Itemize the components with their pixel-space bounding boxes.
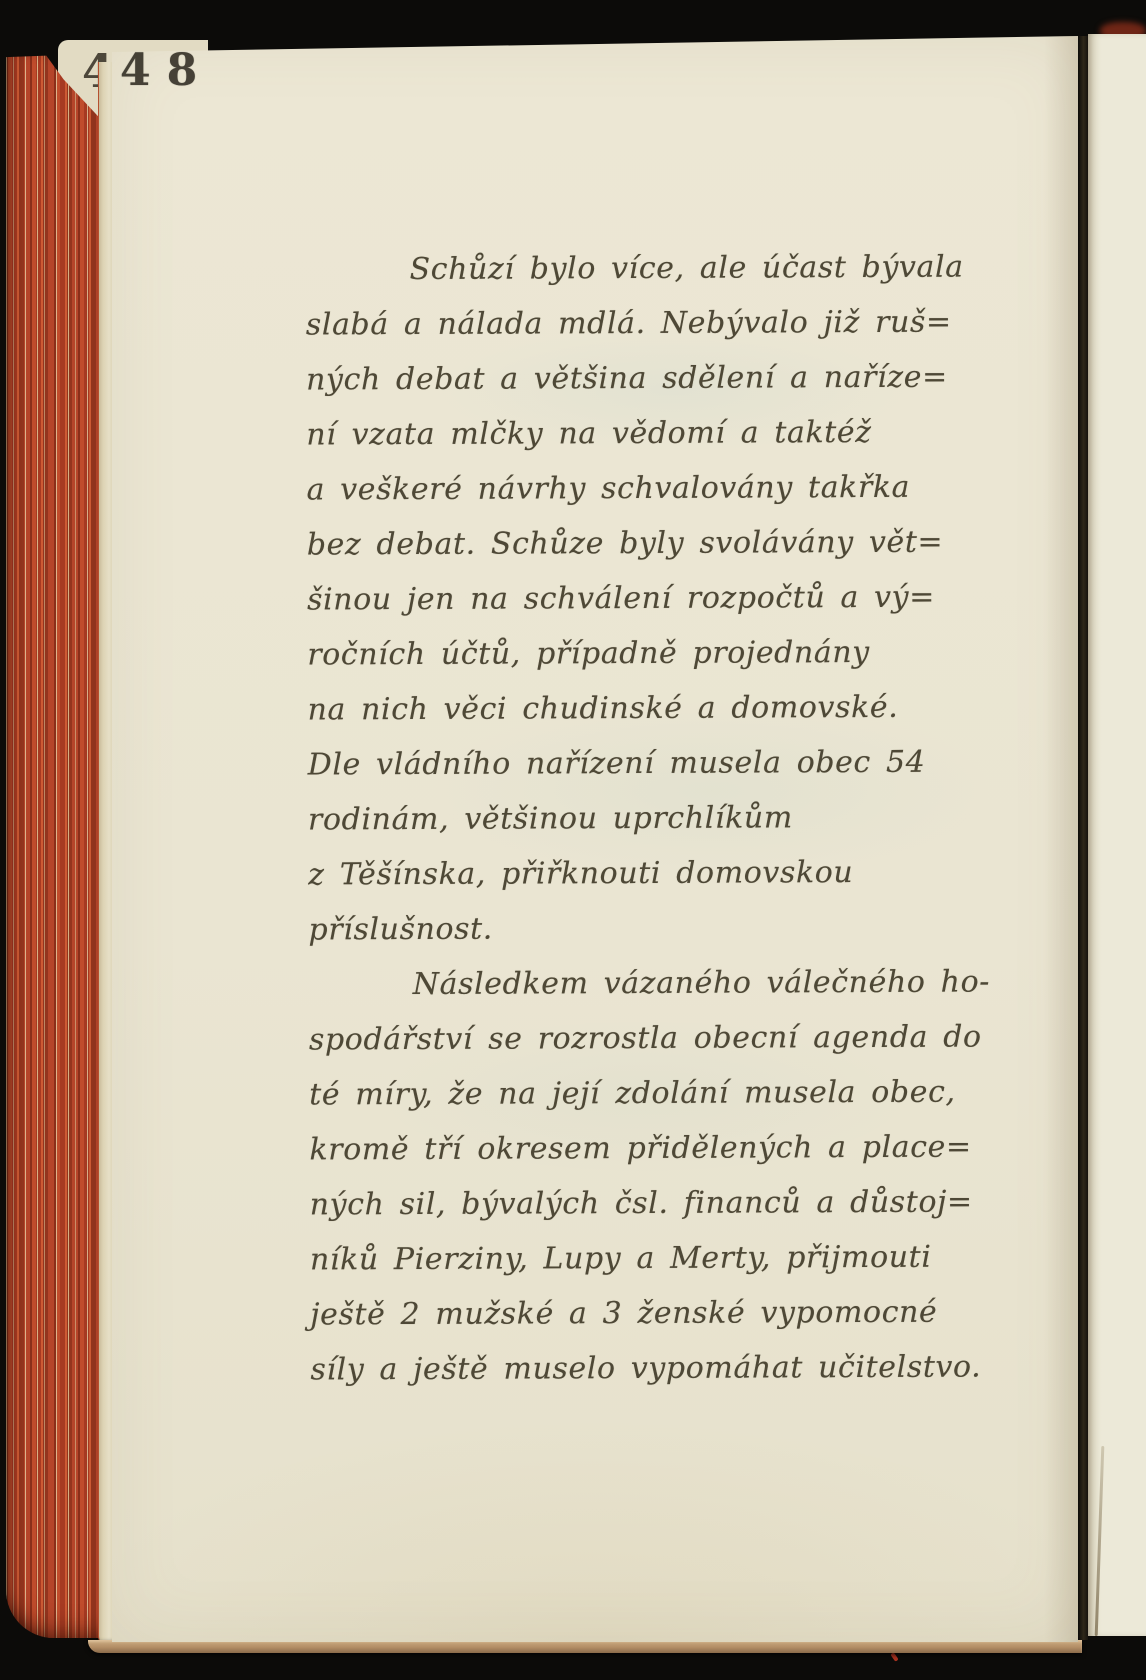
text-line: Schůzí bylo více, ale účast bývala (305, 240, 965, 298)
book-gutter (1078, 36, 1088, 1640)
text-line: bez debat. Schůze byly svolávány vět= (307, 515, 967, 573)
text-line: rodinám, většinou uprchlíkům (308, 790, 968, 848)
red-edge-speck (890, 1652, 898, 1662)
photographed-book-page: { "page": { "stamp_number": "48", "under… (0, 0, 1146, 1680)
text-line: na nich věci chudinské a domovské. (307, 680, 967, 738)
text-line: síly a ještě muselo vypomáhat učitelstvo… (310, 1340, 970, 1398)
facing-page-edge (1088, 34, 1146, 1636)
facing-page-crease (1095, 1446, 1105, 1636)
text-line: a veškeré návrhy schvalovány takřka (306, 460, 966, 518)
text-line: slabá a nálada mdlá. Nebývalo již ruš= (306, 295, 966, 353)
text-line: ročních účtů, případně projednány (307, 625, 967, 683)
text-line: kromě tří okresem přidělených a place= (309, 1120, 969, 1178)
text-line: ní vzata mlčky na vědomí a taktéž (306, 405, 966, 463)
page-number-stamp: 48 (120, 49, 213, 93)
text-line: níků Pierziny, Lupy a Merty, přijmouti (310, 1230, 970, 1288)
text-line: ných sil, bývalých čsl. financů a důstoj… (310, 1175, 970, 1233)
text-line: Dle vládního nařízení musela obec 54 (308, 735, 968, 793)
manuscript-page: 48 Schůzí bylo více, ale účast bývala sl… (112, 36, 1078, 1642)
text-line: z Těšínska, přiřknouti domovskou (308, 845, 968, 903)
text-line: Následkem vázaného válečného ho- (309, 955, 969, 1013)
text-line: té míry, že na její zdolání musela obec, (309, 1065, 969, 1123)
text-line: spodářství se rozrostla obecní agenda do (309, 1010, 969, 1068)
red-page-edges (6, 54, 102, 1638)
text-line: ných debat a většina sdělení a naříze= (306, 350, 966, 408)
text-line: ještě 2 mužské a 3 ženské vypomocné (310, 1285, 970, 1343)
text-line: šinou jen na schválení rozpočtů a vý= (307, 570, 967, 628)
text-line: příslušnost. (308, 900, 968, 958)
handwritten-text-block: Schůzí bylo více, ale účast bývala slabá… (305, 240, 970, 1398)
